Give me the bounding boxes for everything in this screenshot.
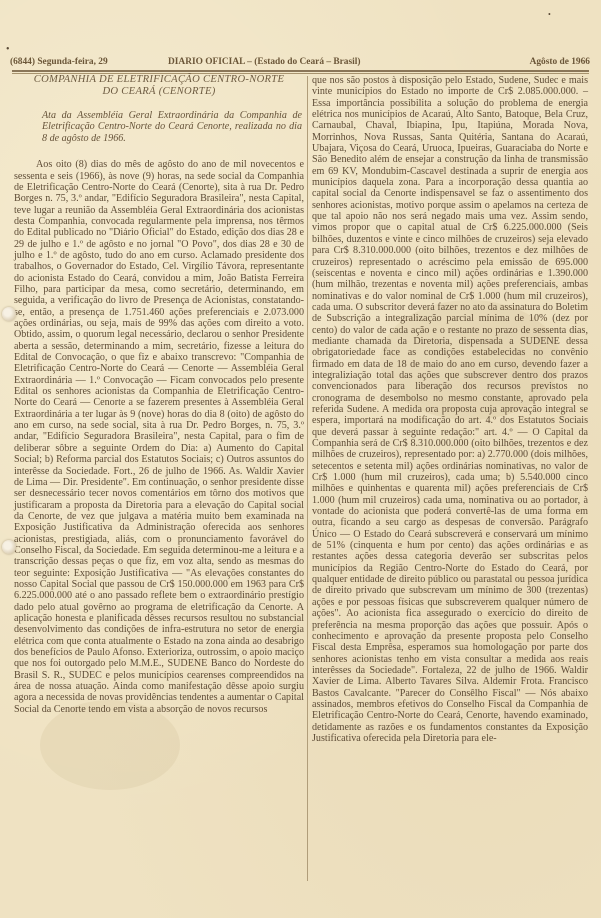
header-edition-date: (6844) Segunda-feira, 29 xyxy=(10,57,108,67)
body-text-left: Aos oito (8) dias do mês de agôsto do an… xyxy=(14,159,304,715)
punch-hole-icon xyxy=(2,307,16,321)
punch-hole-icon xyxy=(2,540,16,554)
right-column: que nos são postos à disposição pelo Est… xyxy=(312,75,588,744)
left-column: COMPANHIA DE ELETRIFICAÇÃO CENTRO-NORTE … xyxy=(14,74,304,715)
body-text-right: que nos são postos à disposição pelo Est… xyxy=(312,75,588,744)
ink-speck: • xyxy=(548,10,551,19)
header-rule xyxy=(12,70,589,72)
article-title-line2: DO CEARÁ (CENORTE) xyxy=(14,86,304,98)
article-summary: Ata da Assembléia Geral Extraordinária d… xyxy=(14,110,304,144)
header-publication-title: DIARIO OFICIAL – (Estado do Ceará – Bras… xyxy=(168,57,360,67)
article-title-line1: COMPANHIA DE ELETRIFICAÇÃO CENTRO-NORTE xyxy=(14,74,304,86)
header-month-year: Agôsto de 1966 xyxy=(530,57,590,67)
page-header: (6844) Segunda-feira, 29 DIARIO OFICIAL … xyxy=(10,55,590,71)
column-divider xyxy=(307,76,308,881)
article-body-left: Aos oito (8) dias do mês de agôsto do an… xyxy=(14,159,304,715)
ink-speck: • xyxy=(6,44,10,55)
newspaper-page: • • (6844) Segunda-feira, 29 DIARIO OFIC… xyxy=(0,0,601,918)
